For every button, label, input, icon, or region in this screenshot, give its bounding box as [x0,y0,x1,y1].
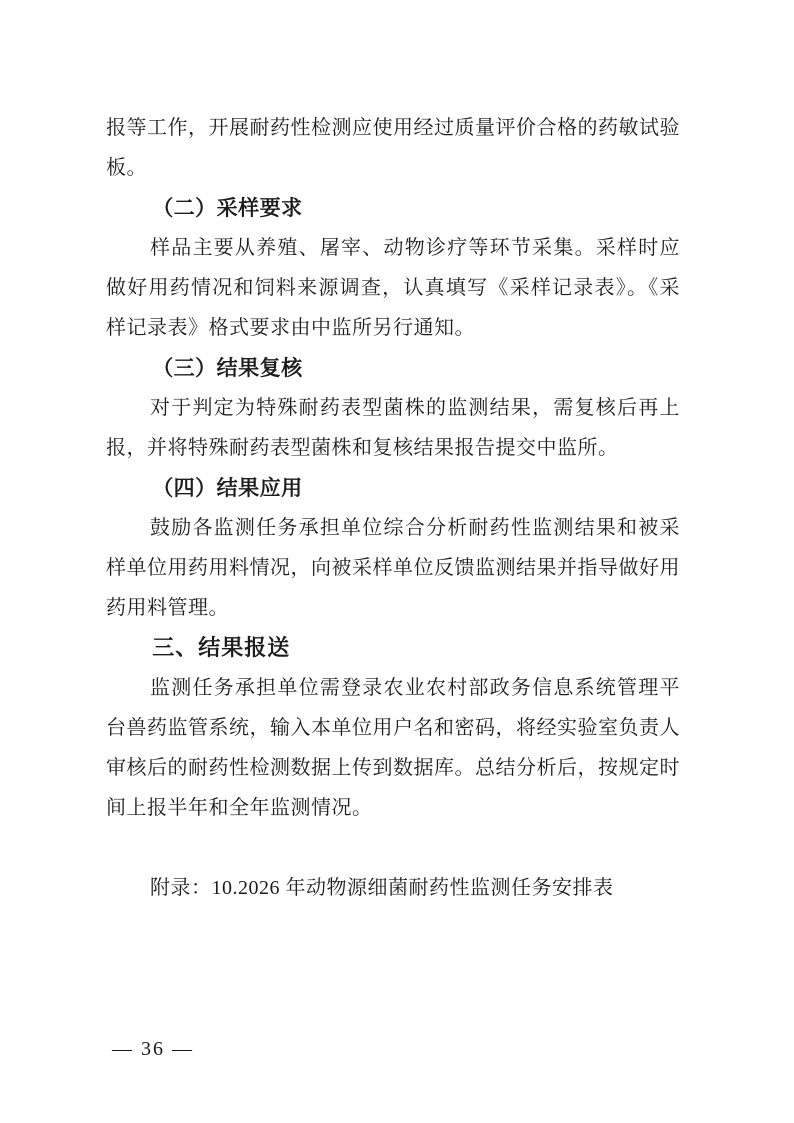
document-content: 报等工作，开展耐药性检测应使用经过质量评价合格的药敏试验板。 （二）采样要求 样… [106,108,680,908]
section-heading-sampling-requirements: （二）采样要求 [106,188,680,228]
document-page: 报等工作，开展耐药性检测应使用经过质量评价合格的药敏试验板。 （二）采样要求 样… [0,0,794,1123]
paragraph-sampling-requirements: 样品主要从养殖、屠宰、动物诊疗等环节采集。采样时应做好用药情况和饲料来源调查，认… [106,228,680,348]
section-heading-result-review: （三）结果复核 [106,348,680,388]
page-number: — 36 — [112,1038,194,1061]
section-heading-result-application: （四）结果应用 [106,468,680,508]
appendix-note: 附录：10.2026 年动物源细菌耐药性监测任务安排表 [106,868,680,908]
paragraph-result-application: 鼓励各监测任务承担单位综合分析耐药性监测结果和被采样单位用药用料情况，向被采样单… [106,508,680,628]
paragraph-continuation: 报等工作，开展耐药性检测应使用经过质量评价合格的药敏试验板。 [106,108,680,188]
paragraph-result-review: 对于判定为特殊耐药表型菌株的监测结果，需复核后再上报，并将特殊耐药表型菌株和复核… [106,388,680,468]
paragraph-result-submission: 监测任务承担单位需登录农业农村部政务信息系统管理平台兽药监管系统，输入本单位用户… [106,668,680,828]
chapter-heading-result-submission: 三、结果报送 [106,628,680,668]
